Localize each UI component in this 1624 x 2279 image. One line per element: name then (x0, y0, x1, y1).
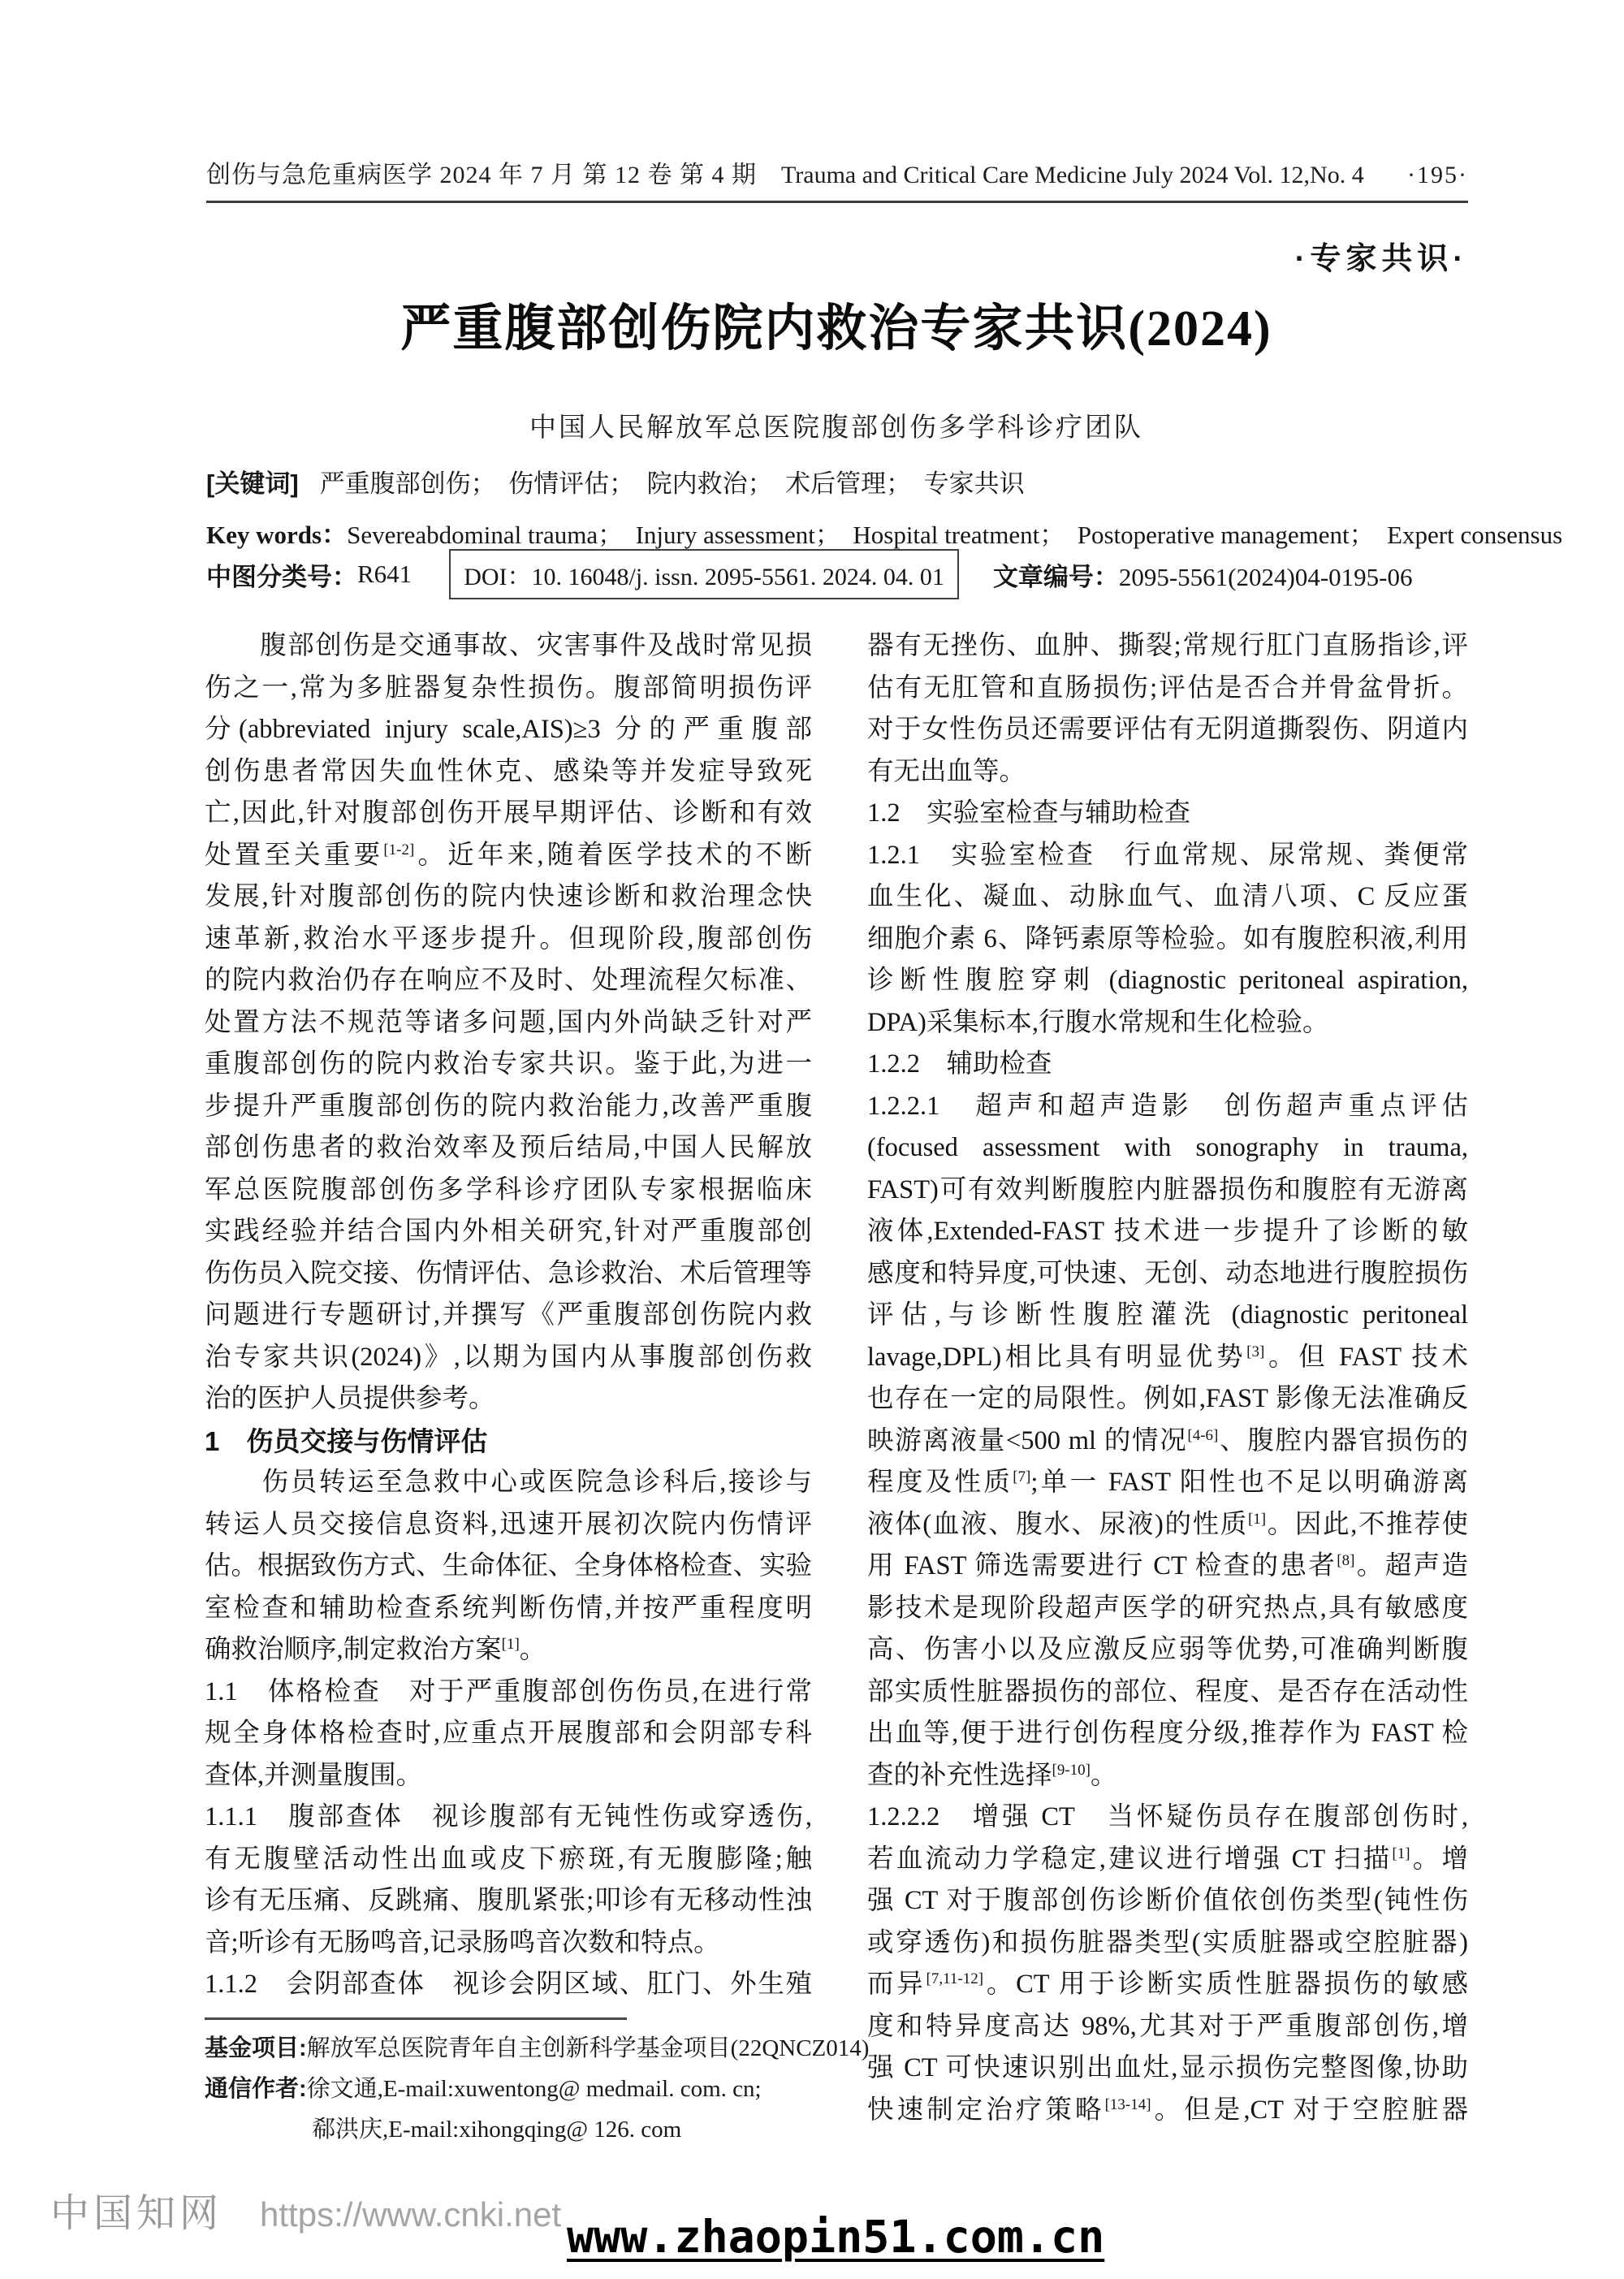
body-line: 估有无肛管和直肠损伤;评估是否合并骨盆骨折。 (867, 668, 1468, 710)
body-line: 分(abbreviated injury scale,AIS)≥3 分的严重腹部 (205, 709, 812, 751)
body-line: 用 FAST 筛选需要进行 CT 检查的患者[8]。超声造 (867, 1546, 1468, 1588)
body-line: 影技术是现阶段超声医学的研究热点,具有敏感度 (867, 1588, 1468, 1630)
body-line: 估。根据致伤方式、生命体征、全身体格检查、实验 (205, 1546, 812, 1588)
article-number-value: 2095-5561(2024)04-0195-06 (1119, 563, 1413, 591)
body-line: 查的补充性选择[9-10]。 (867, 1755, 1468, 1797)
body-line: 确救治顺序,制定救治方案[1]。 (205, 1629, 812, 1671)
body-line: 而异[7,11-12]。CT 用于诊断实质性脏器损伤的敏感 (867, 1964, 1468, 2006)
article-number: 文章编号：2095-5561(2024)04-0195-06 (993, 556, 1413, 593)
journal-name-cn: 创伤与急危重病医学 2024 年 7 月 第 12 卷 第 4 期 (206, 154, 757, 190)
body-line: 部实质性脏器损伤的部位、程度、是否存在活动性 (867, 1671, 1468, 1714)
cnki-logo-text: 中国知网 (50, 2182, 222, 2238)
column-left: 腹部创伤是交通事故、灾害事件及战时常见损伤之一,常为多脏器复杂性损伤。腹部简明损… (205, 625, 812, 2006)
body-line: 军总医院腹部创伤多学科诊疗团队专家根据临床 (205, 1170, 812, 1212)
body-line: FAST)可有效判断腹腔内脏器损伤和腹腔有无游离 (867, 1170, 1468, 1212)
body-line: 出血等,便于进行创伤程度分级,推荐作为 FAST 检 (867, 1713, 1468, 1755)
fund-label: 基金项目: (205, 2035, 307, 2061)
corresponding-author-label: 通信作者: (205, 2076, 307, 2102)
body-line: 评估,与诊断性腹腔灌洗 (diagnostic peritoneal (867, 1295, 1468, 1337)
body-line: (focused assessment with sonography in t… (867, 1127, 1468, 1170)
body-line: 强 CT 可快速识别出血灶,显示损伤完整图像,协助 (867, 2048, 1468, 2090)
keywords-label-cn: [关键词] (206, 469, 299, 498)
body-line: 规全身体格检查时,应重点开展腹部和会阴部专科 (205, 1713, 812, 1755)
footnote-block: 基金项目:解放军总医院青年自主创新科学基金项目(22QNCZ014) 通信作者:… (205, 2017, 854, 2150)
watermark-zhaopin: www.zhaopin51.com.cn (567, 2211, 1104, 2263)
body-line: 部创伤患者的救治效率及预后结局,中国人民解放 (205, 1127, 812, 1170)
body-line: 步提升严重腹部创伤的院内救治能力,改善严重腹 (205, 1086, 812, 1128)
body-line: 诊有无压痛、反跳痛、腹肌紧张;叩诊有无移动性浊 (205, 1880, 812, 1922)
body-line: 1.1.2 会阴部查体 视诊会阴区域、肛门、外生殖 (205, 1964, 812, 2006)
body-line: 度和特异度高达 98%,尤其对于严重腹部创伤,增 (867, 2006, 1468, 2048)
body-line: 的院内救治仍存在响应不及时、处理流程欠标准、 (205, 960, 812, 1002)
body-line: 伤员转运至急救中心或医院急诊科后,接诊与 (205, 1462, 812, 1504)
body-line: 血生化、凝血、动脉血气、血清八项、C 反应蛋白、白 (867, 876, 1468, 919)
corresponding-author-row: 通信作者:徐文通,E-mail:xuwentong@ medmail. com.… (205, 2069, 854, 2109)
watermark-cnki: 中国知网 https://www.cnki.net (50, 2182, 561, 2238)
body-line: 伤之一,常为多脏器复杂性损伤。腹部简明损伤评 (205, 668, 812, 710)
body-line: 治专家共识(2024)》,以期为国内从事腹部创伤救 (205, 1337, 812, 1379)
body-line: 1.1.1 腹部查体 视诊腹部有无钝性伤或穿透伤, (205, 1797, 812, 1839)
body-line: 也存在一定的局限性。例如,FAST 影像无法准确反 (867, 1378, 1468, 1421)
page-number: ·195· (1407, 162, 1468, 189)
section-badge: ·专家共识· (1295, 233, 1468, 278)
body-line: 程度及性质[7];单一 FAST 阳性也不足以明确游离 (867, 1462, 1468, 1504)
body-line: 1.2 实验室检查与辅助检查 (867, 793, 1468, 835)
clc-value: R641 (357, 560, 412, 589)
body-line: 实践经验并结合国内外相关研究,针对严重腹部创 (205, 1211, 812, 1253)
corresponding-author-row-2: 郗洪庆,E-mail:xihongqing@ 126. com (312, 2109, 854, 2150)
clc-label: 中图分类号： (206, 556, 357, 593)
body-line: 1.2.2 辅助检查 (867, 1044, 1468, 1086)
body-line: 亡,因此,针对腹部创伤开展早期评估、诊断和有效 (205, 793, 812, 835)
body-line: lavage,DPL)相比具有明显优势[3]。但 FAST 技术 (867, 1337, 1468, 1379)
body-line: 速革新,救治水平逐步提升。但现阶段,腹部创伤 (205, 919, 812, 961)
footnote-divider (205, 2017, 627, 2020)
body-line: 创伤患者常因失血性休克、感染等并发症导致死 (205, 751, 812, 794)
body-line: 映游离液量<500 ml 的情况[4-6]、腹腔内器官损伤的 (867, 1421, 1468, 1463)
body-line: 有无出血等。 (867, 751, 1468, 794)
body-line: 器有无挫伤、血肿、撕裂;常规行肛门直肠指诊,评 (867, 625, 1468, 668)
body-line: 液体(血液、腹水、尿液)的性质[1]。因此,不推荐使 (867, 1504, 1468, 1546)
body-line: 发展,针对腹部创伤的院内快速诊断和救治理念快 (205, 876, 812, 919)
keywords-text-en: Severeabdominal trauma； Injury assessmen… (347, 521, 1562, 549)
header-divider (206, 201, 1468, 203)
body-line: DPA)采集标本,行腹水常规和生化检验。 (867, 1002, 1468, 1044)
body-line: 液体,Extended-FAST 技术进一步提升了诊断的敏 (867, 1211, 1468, 1253)
body-line: 腹部创伤是交通事故、灾害事件及战时常见损 (205, 625, 812, 668)
body-line: 治的医护人员提供参考。 (205, 1378, 812, 1421)
journal-page: 创伤与急危重病医学 2024 年 7 月 第 12 卷 第 4 期 Trauma… (0, 0, 1624, 2279)
body-line: 1.1 体格检查 对于严重腹部创伤伤员,在进行常 (205, 1671, 812, 1714)
body-line: 或穿透伤)和损伤脏器类型(实质脏器或空腔脏器) (867, 1922, 1468, 1965)
body-line: 1.2.2.2 增强 CT 当怀疑伤员存在腹部创伤时, (867, 1797, 1468, 1839)
keywords-row-en: Key words：Severeabdominal trauma； Injury… (206, 514, 1505, 551)
body-line: 伤伤员入院交接、伤情评估、急诊救治、术后管理等 (205, 1253, 812, 1295)
body-line: 细胞介素 6、降钙素原等检验。如有腹腔积液,利用 (867, 919, 1468, 961)
doi-box: DOI：10. 16048/j. issn. 2095-5561. 2024. … (449, 549, 959, 599)
body-line: 室检查和辅助检查系统判断伤情,并按严重程度明 (205, 1588, 812, 1630)
body-line: 诊断性腹腔穿刺 (diagnostic peritoneal aspiratio… (867, 960, 1468, 1002)
fund-text: 解放军总医院青年自主创新科学基金项目(22QNCZ014) (307, 2035, 870, 2061)
body-line: 快速制定治疗策略[13-14]。但是,CT 对于空腔脏器 (867, 2090, 1468, 2132)
body-line: 重腹部创伤的院内救治专家共识。鉴于此,为进一 (205, 1044, 812, 1086)
corresponding-author-text: 徐文通,E-mail:xuwentong@ medmail. com. cn; (307, 2076, 762, 2102)
fund-row: 基金项目:解放军总医院青年自主创新科学基金项目(22QNCZ014) (205, 2028, 854, 2069)
column-right: 器有无挫伤、血肿、撕裂;常规行肛门直肠指诊,评估有无肛管和直肠损伤;评估是否合并… (867, 625, 1468, 2131)
section-heading: 1 伤员交接与伤情评估 (205, 1421, 812, 1463)
body-line: 高、伤害小以及应激反应弱等优势,可准确判断腹 (867, 1629, 1468, 1671)
body-line: 转运人员交接信息资料,迅速开展初次院内伤情评 (205, 1504, 812, 1546)
keywords-row-cn: [关键词]严重腹部创伤； 伤情评估； 院内救治； 术后管理； 专家共识 (206, 463, 1505, 499)
body-columns: 腹部创伤是交通事故、灾害事件及战时常见损伤之一,常为多脏器复杂性损伤。腹部简明损… (205, 625, 1468, 2136)
body-line: 有无腹壁活动性出血或皮下瘀斑,有无腹膨隆;触 (205, 1839, 812, 1881)
body-line: 1.2.1 实验室检查 行血常规、尿常规、粪便常规、 (867, 835, 1468, 877)
body-line: 感度和特异度,可快速、无创、动态地进行腹腔损伤 (867, 1253, 1468, 1295)
paper-author: 中国人民解放军总医院腹部创伤多学科诊疗团队 (205, 406, 1468, 444)
keywords-label-en: Key words： (206, 521, 347, 549)
body-line: 音;听诊有无肠鸣音,记录肠鸣音次数和特点。 (205, 1922, 812, 1965)
cnki-url-text: https://www.cnki.net (260, 2195, 561, 2234)
journal-header: 创伤与急危重病医学 2024 年 7 月 第 12 卷 第 4 期 Trauma… (206, 154, 1468, 190)
meta-row: 中图分类号：R641 DOI：10. 16048/j. issn. 2095-5… (206, 549, 1505, 599)
article-number-label: 文章编号： (993, 563, 1119, 591)
body-line: 处置至关重要[1-2]。近年来,随着医学技术的不断 (205, 835, 812, 877)
body-line: 若血流动力学稳定,建议进行增强 CT 扫描[1]。增 (867, 1839, 1468, 1881)
keywords-text-cn: 严重腹部创伤； 伤情评估； 院内救治； 术后管理； 专家共识 (320, 469, 1025, 498)
body-line: 查体,并测量腹围。 (205, 1755, 812, 1797)
body-line: 对于女性伤员还需要评估有无阴道撕裂伤、阴道内 (867, 709, 1468, 751)
body-line: 1.2.2.1 超声和超声造影 创伤超声重点评估 (867, 1086, 1468, 1128)
body-line: 强 CT 对于腹部创伤诊断价值依创伤类型(钝性伤 (867, 1880, 1468, 1922)
body-line: 问题进行专题研讨,并撰写《严重腹部创伤院内救 (205, 1295, 812, 1337)
corresponding-author-text-2: 郗洪庆,E-mail:xihongqing@ 126. com (312, 2117, 681, 2143)
body-line: 处置方法不规范等诸多问题,国内外尚缺乏针对严 (205, 1002, 812, 1044)
journal-name-en: Trauma and Critical Care Medicine July 2… (781, 162, 1364, 189)
paper-title: 严重腹部创伤院内救治专家共识(2024) (205, 288, 1468, 360)
